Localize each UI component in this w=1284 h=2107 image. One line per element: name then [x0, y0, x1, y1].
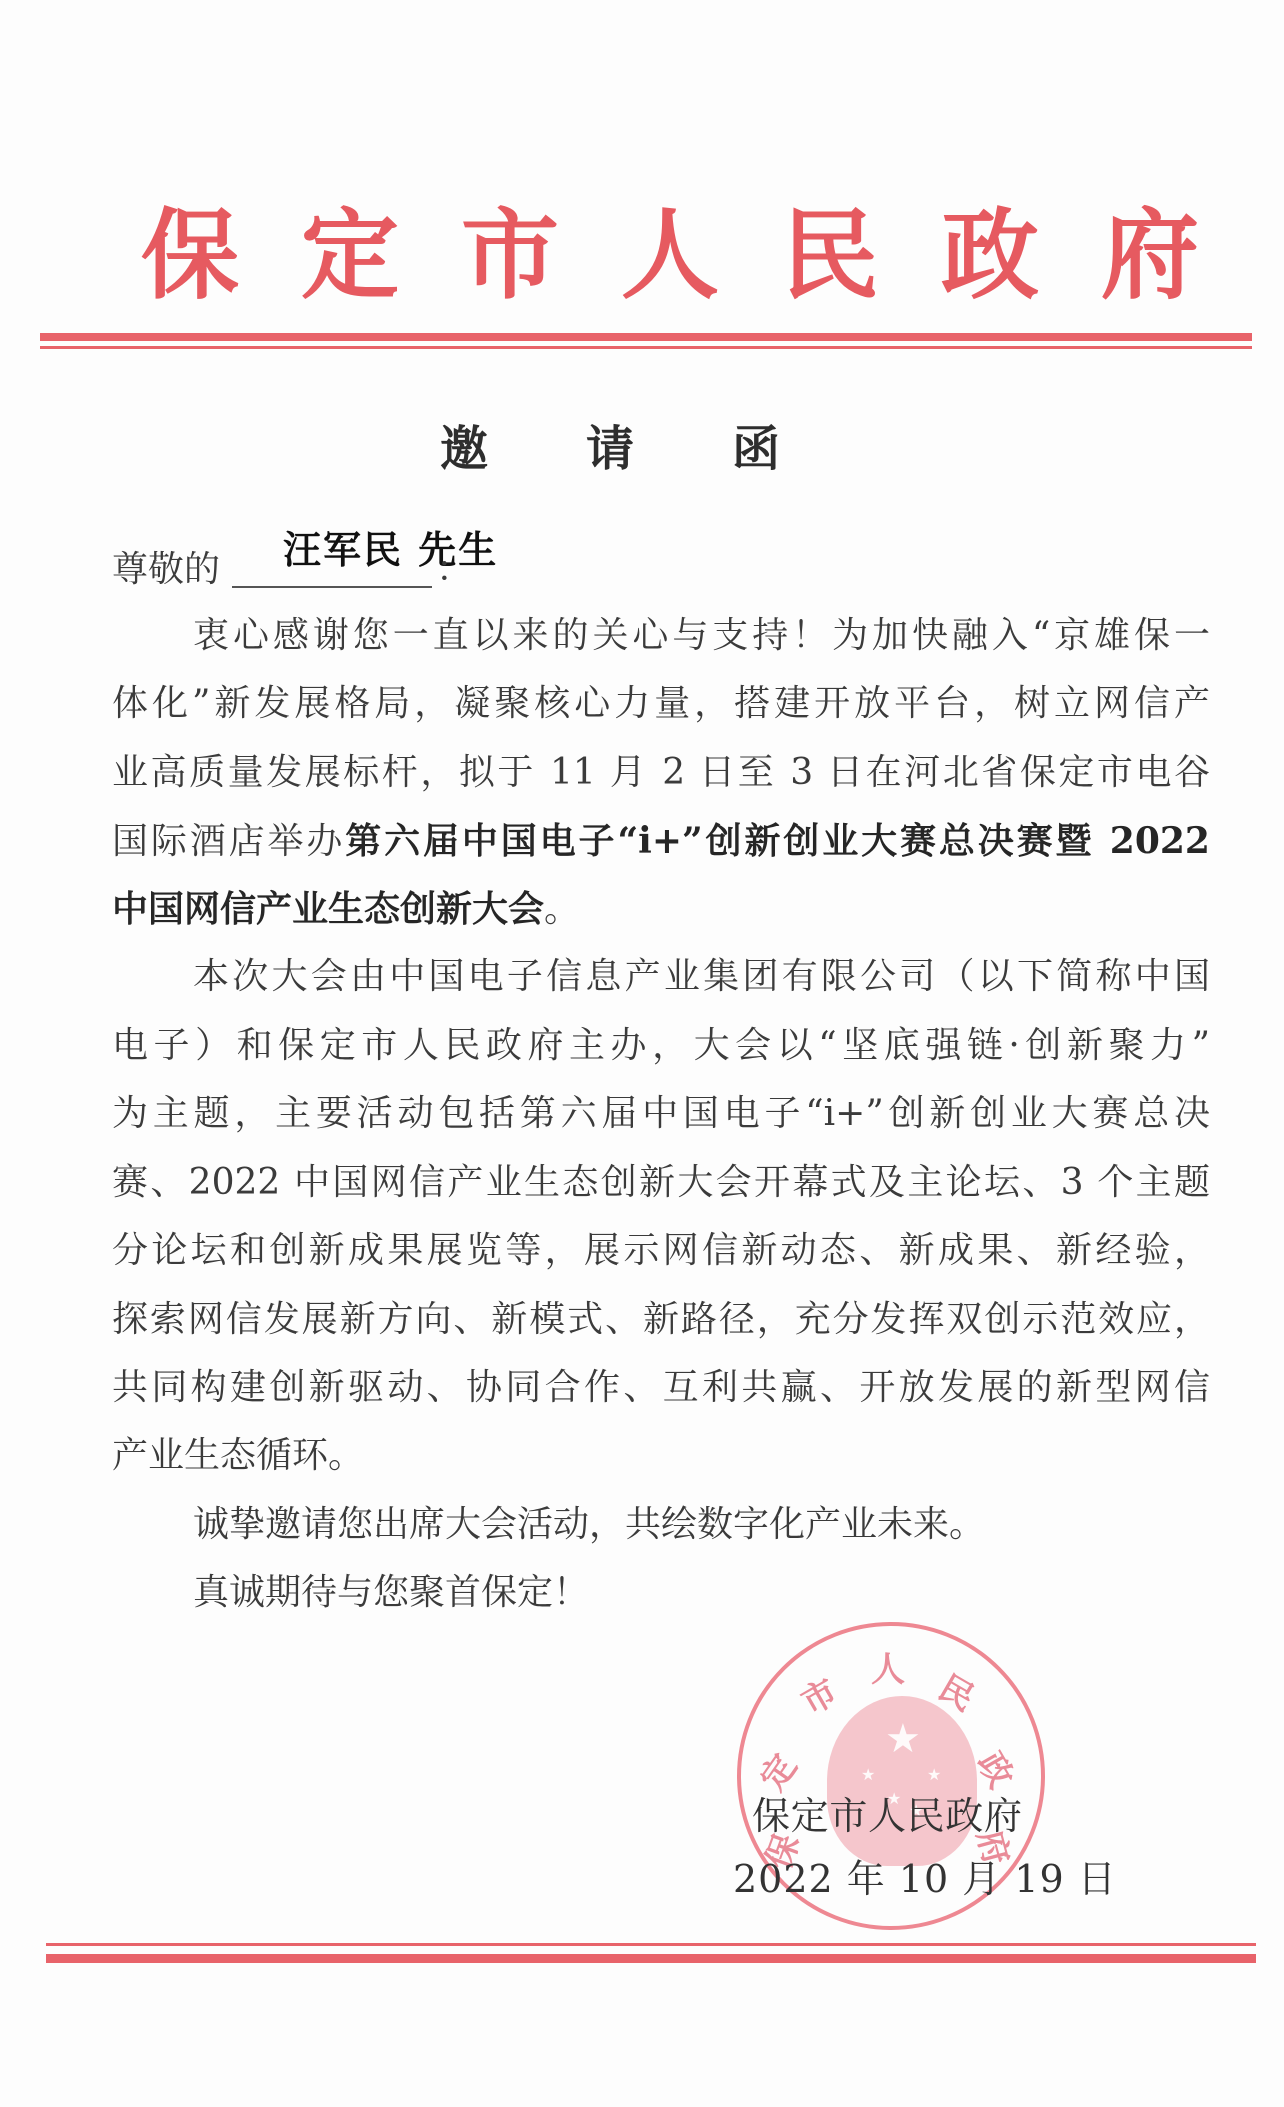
seal-arc-char: 市 — [791, 1665, 845, 1724]
footer-rule-thin — [46, 1943, 1256, 1946]
seal-arc-char: 政 — [968, 1742, 1027, 1796]
letterhead-char: 政 — [940, 196, 1040, 316]
signature-char: 市 — [829, 1792, 867, 1840]
seal-arc-char: 人 — [871, 1642, 905, 1691]
body-line: 探索网信发展新方向、新模式、新路径，充分发挥双创示范效应， — [112, 1298, 1210, 1342]
event-name-bold: 中国网信产业生态创新大会 — [112, 888, 544, 930]
body-line: 电子）和保定市人民政府主办，大会以“坚底强链·创新聚力” — [112, 1024, 1210, 1068]
document-title: 邀 请 函 — [440, 414, 780, 474]
body-line: 业高质量发展标杆，拟于 11 月 2 日至 3 日在河北省保定市电谷 — [112, 751, 1210, 795]
body-text: 。 — [544, 889, 580, 930]
signature-organization: 保 定 市 人 民 政 府 — [752, 1792, 1022, 1840]
body-line-mixed: 中国网信产业生态创新大会。 — [112, 887, 1210, 931]
body-line-mixed: 国际酒店举办第六届中国电子“i+”创新创业大赛总决赛暨 2022 — [112, 819, 1210, 863]
star-icon: ★ — [927, 1760, 941, 1790]
title-char: 函 — [732, 410, 780, 479]
invitation-letter-page: 保 定 市 人 民 政 府 邀 请 函 尊敬的 汪军民 先生 ： 衷心感谢您一直… — [0, 0, 1284, 2107]
letterhead-rule-thick — [40, 333, 1252, 341]
body-line: 赛、2022 中国网信产业生态创新大会开幕式及主论坛、3 个主题 — [112, 1161, 1210, 1205]
signature-char: 人 — [868, 1792, 906, 1840]
national-emblem-icon: ★ ★ ★ ★ ★ — [827, 1696, 977, 1866]
closing-line: 真诚期待与您聚首保定！ — [193, 1571, 1210, 1615]
body-line: 为主题，主要活动包括第六届中国电子“i+”创新创业大赛总决 — [112, 1092, 1210, 1136]
title-char: 邀 — [440, 410, 488, 479]
letterhead-char: 人 — [620, 196, 720, 316]
body-line: 本次大会由中国电子信息产业集团有限公司（以下简称中国 — [193, 955, 1210, 999]
letterhead-char: 市 — [460, 196, 560, 316]
salutation: 尊敬的 — [112, 548, 220, 592]
signature-char: 民 — [907, 1792, 945, 1840]
salutation-colon: ： — [436, 548, 472, 592]
footer-rule-thick — [46, 1954, 1256, 1963]
signature-char: 保 — [752, 1792, 790, 1840]
recipient-underline — [232, 586, 432, 588]
letterhead-char: 民 — [780, 196, 880, 316]
letterhead-rule-thin — [40, 346, 1252, 349]
body-line: 共同构建创新驱动、协同合作、互利共赢、开放发展的新型网信 — [112, 1366, 1210, 1410]
closing-line: 诚挚邀请您出席大会活动，共绘数字化产业未来。 — [193, 1503, 1210, 1547]
star-icon: ★ — [861, 1760, 875, 1790]
body-line: 分论坛和创新成果展览等，展示网信新动态、新成果、新经验， — [112, 1229, 1210, 1273]
letterhead-char: 保 — [140, 196, 240, 316]
letterhead-char: 府 — [1100, 196, 1200, 316]
event-name-bold: 第六届中国电子“i+”创新创业大赛总决赛暨 2022 — [345, 820, 1210, 862]
signature-char: 府 — [984, 1792, 1022, 1840]
body-line: 产业生态循环。 — [112, 1434, 1210, 1478]
title-char: 请 — [586, 410, 634, 479]
signature-date: 2022 年 10 月 19 日 — [733, 1855, 1045, 1903]
seal-arc-char: 定 — [746, 1743, 806, 1799]
star-icon: ★ — [885, 1724, 921, 1754]
signature-char: 定 — [791, 1792, 829, 1840]
body-line: 衷心感谢您一直以来的关心与支持！为加快融入“京雄保一 — [193, 614, 1210, 658]
body-text: 国际酒店举办 — [112, 821, 345, 862]
letterhead-char: 定 — [300, 196, 400, 316]
body-line: 体化”新发展格局，凝聚核心力量，搭建开放平台，树立网信产 — [112, 682, 1210, 726]
signature-char: 政 — [945, 1792, 983, 1840]
letterhead-issuer: 保 定 市 人 民 政 府 — [140, 196, 1200, 316]
